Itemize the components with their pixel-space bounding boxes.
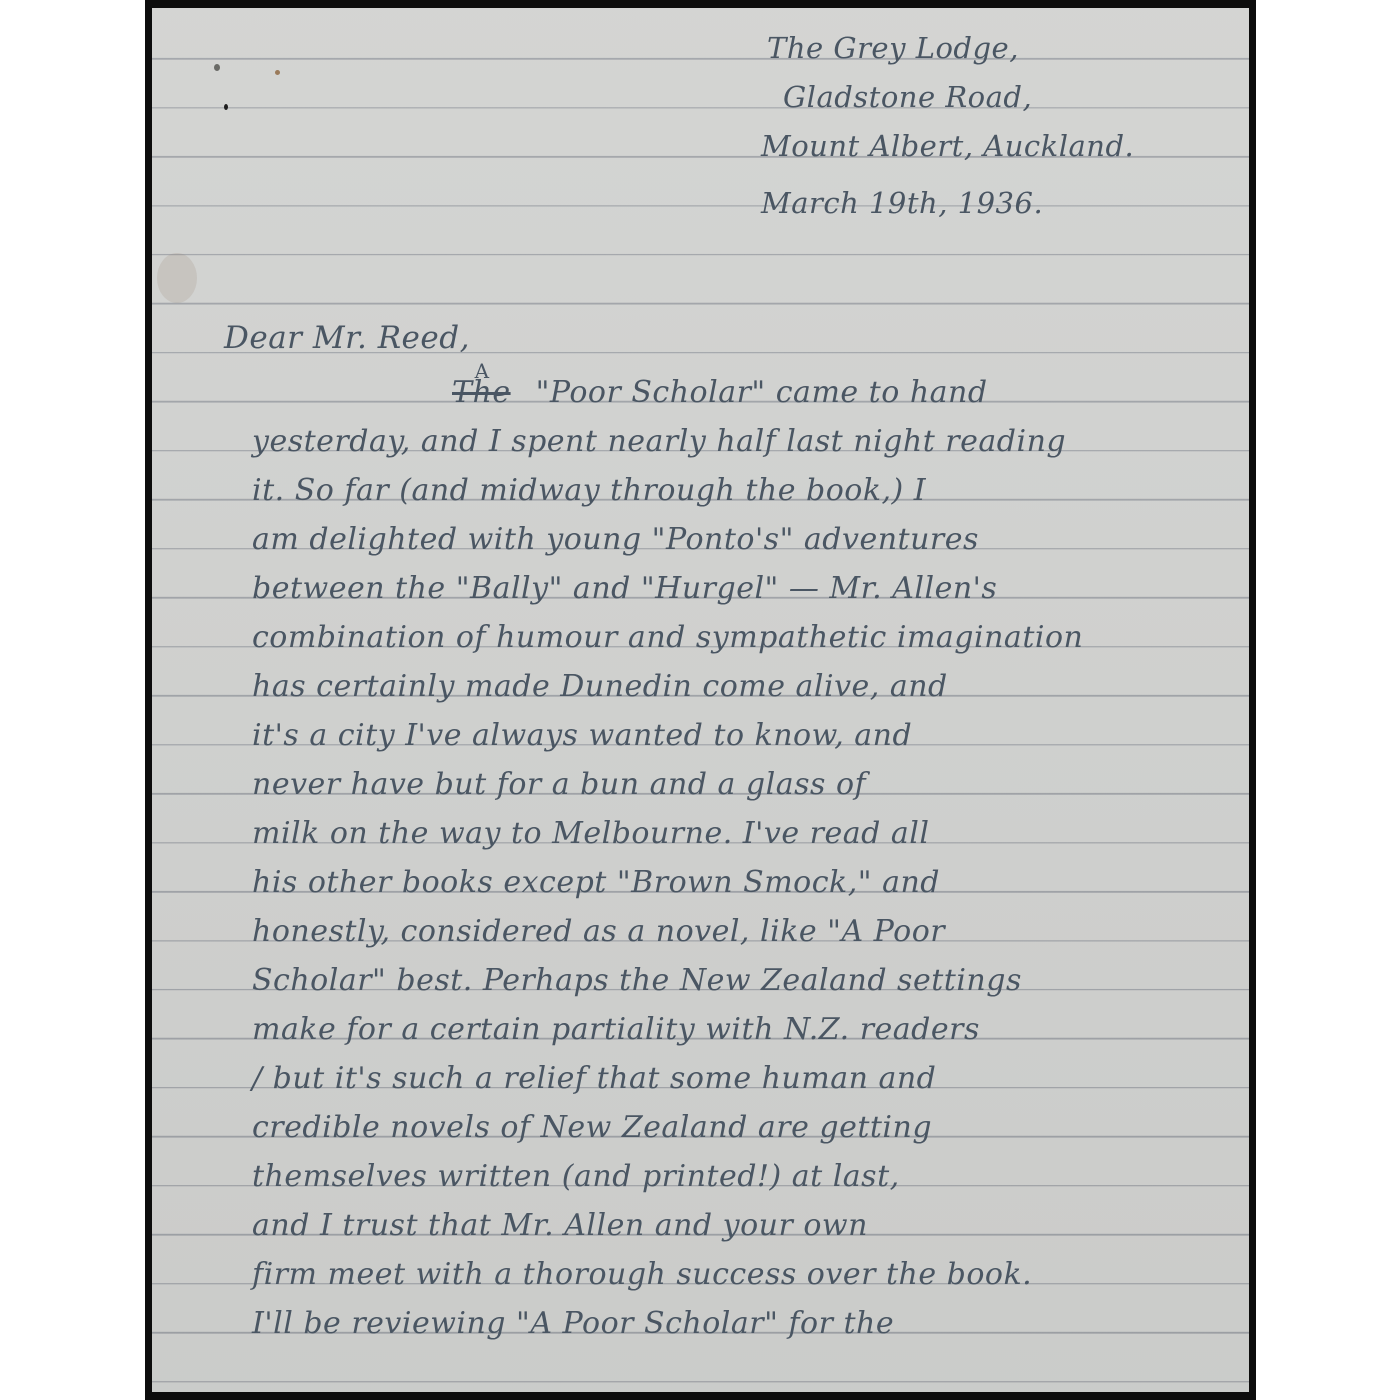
body-line: credible novels of New Zealand are getti… — [252, 1103, 1083, 1152]
letter-date: March 19th, 1936. — [761, 179, 1134, 228]
body-line: between the "Bally" and "Hurgel" — Mr. A… — [252, 564, 1083, 613]
sender-address: The Grey Lodge, Gladstone Road, Mount Al… — [767, 24, 1134, 228]
body-line-text: "Poor Scholar" came to hand — [536, 375, 988, 410]
body-line: firm meet with a thorough success over t… — [252, 1250, 1083, 1299]
body-line: make for a certain partiality with N.Z. … — [252, 1005, 1083, 1054]
body-line: I'll be reviewing "A Poor Scholar" for t… — [252, 1299, 1083, 1348]
body-line: / but it's such a relief that some human… — [252, 1054, 1083, 1103]
body-line: milk on the way to Melbourne. I've read … — [252, 809, 1083, 858]
paper-blemish — [275, 70, 280, 75]
address-line-3: Mount Albert, Auckland. — [761, 122, 1134, 171]
paper-blemish — [224, 104, 228, 110]
address-line-1: The Grey Lodge, — [767, 24, 1134, 73]
body-line: combination of humour and sympathetic im… — [252, 613, 1083, 662]
salutation: Dear Mr. Reed, — [224, 314, 470, 363]
paper-smudge — [157, 253, 197, 303]
body-line: Scholar" best. Perhaps the New Zealand s… — [252, 956, 1083, 1005]
letter-body: TheA "Poor Scholar" came to hand yesterd… — [252, 368, 1083, 1348]
inserted-word: A — [475, 359, 490, 383]
paper-blemish — [214, 64, 220, 71]
body-line: honestly, considered as a novel, like "A… — [252, 907, 1083, 956]
body-line: it's a city I've always wanted to know, … — [252, 711, 1083, 760]
body-line: TheA "Poor Scholar" came to hand — [252, 368, 1083, 417]
body-line: am delighted with young "Ponto's" advent… — [252, 515, 1083, 564]
letter-page: The Grey Lodge, Gladstone Road, Mount Al… — [152, 8, 1249, 1392]
body-line: has certainly made Dunedin come alive, a… — [252, 662, 1083, 711]
body-line: it. So far (and midway through the book,… — [252, 466, 1083, 515]
body-line: never have but for a bun and a glass of — [252, 760, 1083, 809]
body-line: themselves written (and printed!) at las… — [252, 1152, 1083, 1201]
body-line: his other books except "Brown Smock," an… — [252, 858, 1083, 907]
body-line: yesterday, and I spent nearly half last … — [252, 417, 1083, 466]
body-line: and I trust that Mr. Allen and your own — [252, 1201, 1083, 1250]
address-line-2: Gladstone Road, — [767, 73, 1134, 122]
